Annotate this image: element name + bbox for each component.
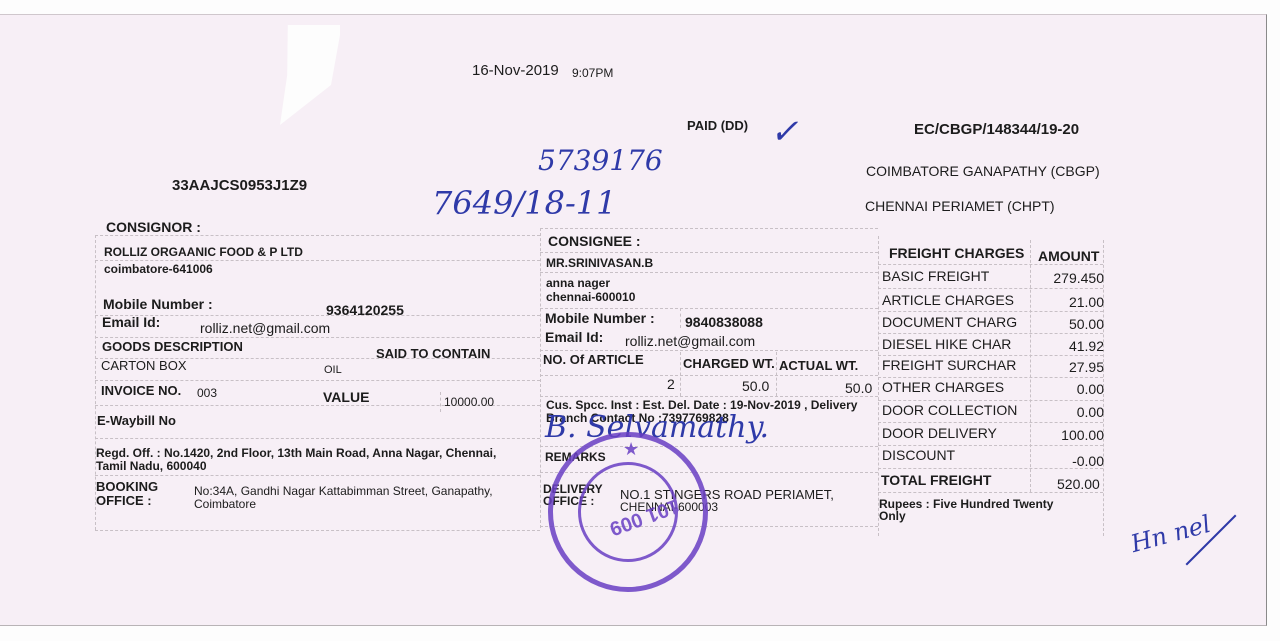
freight-row-amount: 279.450	[1053, 270, 1104, 286]
freight-row-amount: 100.00	[1061, 427, 1104, 443]
consignor-mobile-label: Mobile Number :	[103, 296, 213, 312]
amount-header: AMOUNT	[1038, 248, 1099, 264]
regd-office-line2: Tamil Nadu, 600040	[96, 459, 207, 473]
freight-row-amount: 21.00	[1069, 294, 1104, 310]
consignee-mobile: 9840838088	[685, 314, 763, 330]
freight-row: OTHER CHARGES0.00	[882, 379, 1104, 401]
freight-row-label: FREIGHT SURCHAR	[882, 357, 1016, 373]
charged-weight: 50.0	[742, 378, 769, 394]
receipt-time: 9:07PM	[572, 66, 613, 80]
freight-row-amount: 0.00	[1077, 381, 1104, 397]
freight-row-label: DISCOUNT	[882, 447, 955, 463]
said-to-contain: OIL	[324, 364, 342, 376]
consignor-mobile: 9364120255	[326, 302, 404, 318]
freight-row: DOCUMENT CHARG50.00	[882, 314, 1104, 336]
freight-row: DOOR DELIVERY100.00	[882, 425, 1104, 447]
total-freight-amount: 520.00	[1057, 476, 1100, 492]
booking-office-label-1: BOOKING	[96, 479, 158, 494]
freight-row-label: DOCUMENT CHARG	[882, 314, 1017, 330]
consignee-name: MR.SRINIVASAN.B	[546, 256, 653, 270]
freight-charges-header: FREIGHT CHARGES	[889, 245, 1024, 261]
goods-value: 10000.00	[444, 395, 494, 409]
receipt-date: 16-Nov-2019	[472, 62, 559, 79]
consignor-email: rolliz.net@gmail.com	[200, 320, 330, 336]
freight-row: DOOR COLLECTION0.00	[882, 402, 1104, 424]
freight-row-label: DOOR DELIVERY	[882, 425, 997, 441]
freight-row: DISCOUNT-0.00	[882, 447, 1104, 469]
freight-row: ARTICLE CHARGES21.00	[882, 292, 1104, 314]
consignee-address-1: anna nager	[546, 276, 610, 290]
freight-row-amount: 41.92	[1069, 338, 1104, 354]
freight-row: BASIC FREIGHT279.450	[882, 268, 1104, 290]
freight-row-amount: 50.00	[1069, 316, 1104, 332]
payment-mode: PAID (DD)	[687, 118, 748, 133]
consignee-mobile-label: Mobile Number :	[545, 310, 655, 326]
consignee-email-label: Email Id:	[545, 329, 603, 345]
actual-weight: 50.0	[845, 380, 872, 396]
regd-office-line1: Regd. Off. : No.1420, 2nd Floor, 13th Ma…	[96, 446, 496, 460]
article-count: 2	[667, 376, 675, 392]
article-count-label: NO. Of ARTICLE	[543, 352, 644, 367]
ewaybill-label: E-Waybill No	[97, 413, 176, 428]
goods-description: CARTON BOX	[101, 358, 186, 373]
consignee-address-2: chennai-600010	[546, 290, 635, 304]
consignor-label: CONSIGNOR :	[106, 219, 201, 235]
handwritten-reference-bottom: 7649/18-11	[432, 184, 616, 222]
freight-row: FREIGHT SURCHAR27.95	[882, 357, 1104, 379]
freight-row-amount: 0.00	[1077, 404, 1104, 420]
freight-row-label: DIESEL HIKE CHAR	[882, 336, 1011, 352]
booking-office-label-2: OFFICE :	[96, 493, 152, 508]
paper-tear	[280, 25, 340, 125]
freight-row-amount: -0.00	[1072, 453, 1104, 469]
actual-weight-label: ACTUAL WT.	[779, 358, 858, 373]
freight-row: DIESEL HIKE CHAR41.92	[882, 336, 1104, 358]
invoice-number: 003	[197, 386, 217, 400]
freight-row-label: OTHER CHARGES	[882, 379, 1004, 395]
booking-office-line2: Coimbatore	[194, 497, 256, 511]
invoice-label: INVOICE NO.	[101, 383, 181, 398]
freight-row-label: ARTICLE CHARGES	[882, 292, 1014, 308]
freight-row-label: DOOR COLLECTION	[882, 402, 1017, 418]
total-freight-label: TOTAL FREIGHT	[881, 472, 991, 488]
consignee-email: rolliz.net@gmail.com	[625, 333, 755, 349]
value-label: VALUE	[323, 389, 369, 405]
freight-row-amount: 27.95	[1069, 359, 1104, 375]
charged-weight-label: CHARGED WT.	[683, 356, 775, 371]
lr-number: EC/CBGP/148344/19-20	[914, 121, 1079, 138]
freight-row-label: BASIC FREIGHT	[882, 268, 989, 284]
consignor-address: coimbatore-641006	[104, 262, 213, 276]
goods-description-label: GOODS DESCRIPTION	[102, 339, 243, 354]
handwritten-check-mark: ✓	[770, 112, 799, 152]
consignor-email-label: Email Id:	[102, 314, 160, 330]
handwritten-reference-top: 5739176	[538, 144, 663, 177]
amount-in-words-2: Only	[879, 509, 906, 523]
consignor-name: ROLLIZ ORGAANIC FOOD & P LTD	[104, 245, 303, 259]
from-branch: COIMBATORE GANAPATHY (CBGP)	[866, 163, 1100, 179]
booking-office-line1: No:34A, Gandhi Nagar Kattabimman Street,…	[194, 484, 493, 498]
said-to-contain-label: SAID TO CONTAIN	[376, 346, 490, 361]
company-seal-stamp: 101 009 ★	[548, 432, 708, 592]
to-branch: CHENNAI PERIAMET (CHPT)	[865, 198, 1055, 214]
gstin-number: 33AAJCS0953J1Z9	[172, 177, 307, 194]
consignee-label: CONSIGNEE :	[548, 233, 641, 249]
